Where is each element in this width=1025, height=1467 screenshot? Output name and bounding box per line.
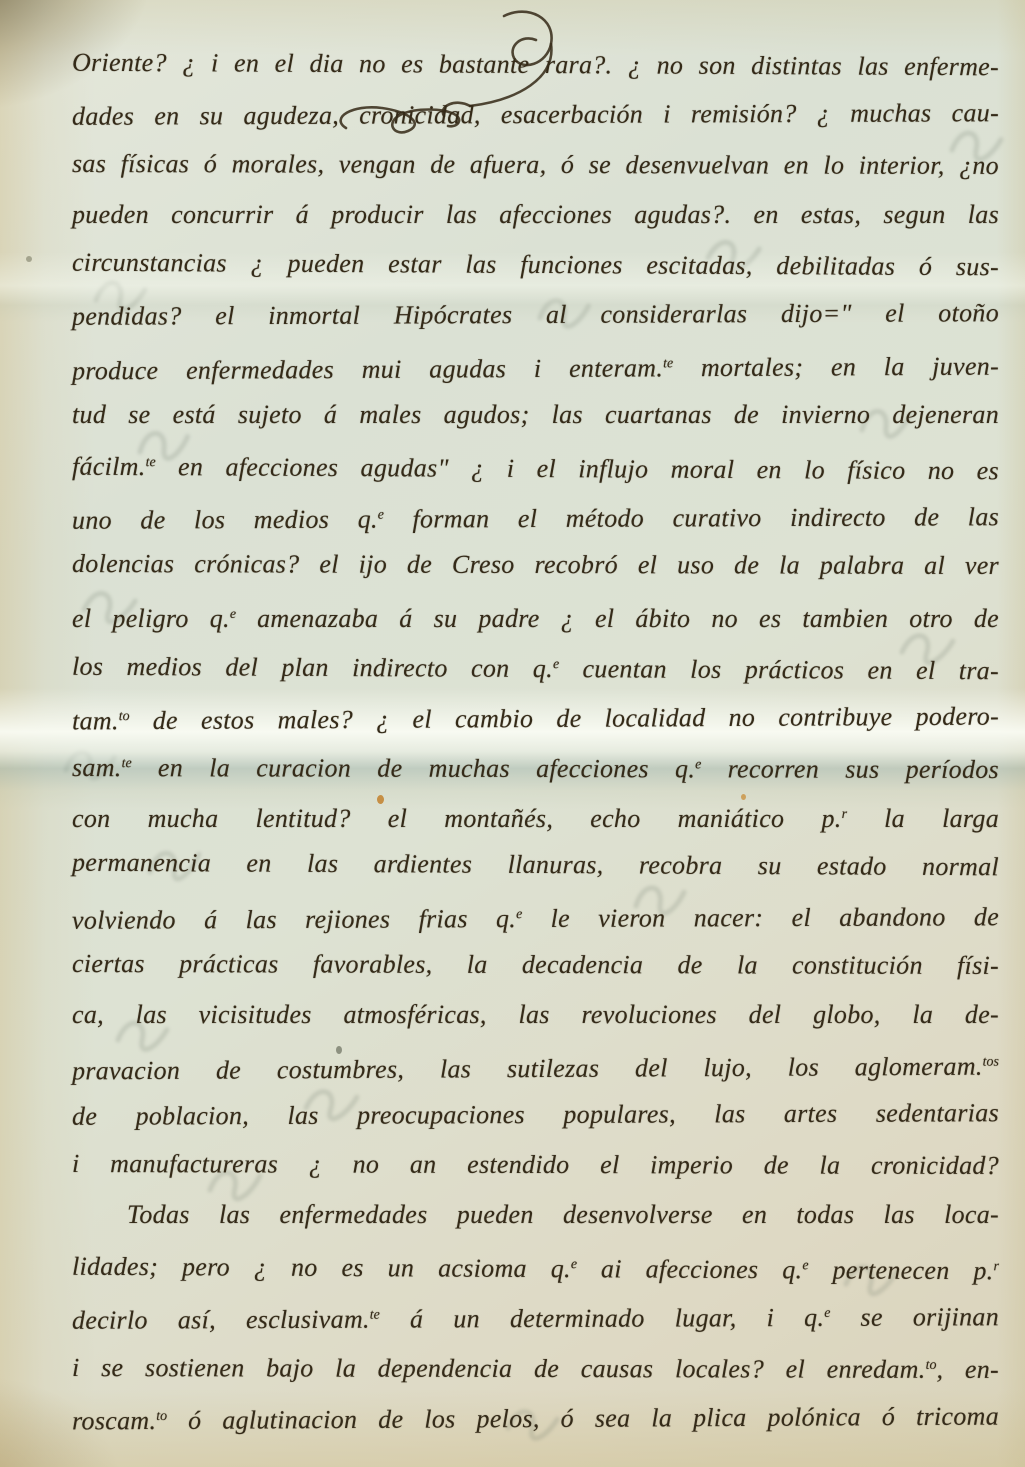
manuscript-line: los medios del plan indirecto con q.e cu… [72,638,999,693]
manuscript-line: Oriente? ¿ i en el dia no es bastante ra… [72,38,999,93]
manuscript-line: con mucha lentitud? el montañés, echo ma… [72,790,999,840]
manuscript-line: i manufactureras ¿ no an estendido el im… [72,1139,999,1191]
manuscript-line: pueden concurrir á producir las afeccion… [72,190,999,240]
manuscript-line: roscam.to ó aglutinacion de los pelos, ó… [72,1388,999,1443]
manuscript-text-block: Oriente? ¿ i en el dia no es bastante ra… [72,40,999,1440]
manuscript-line: produce enfermedades mui agudas i entera… [72,338,999,393]
manuscript-line: de poblacion, las preocupaciones popular… [72,1088,999,1142]
manuscript-line: permanencia en las ardientes llanuras, r… [72,838,999,893]
manuscript-line-paragraph-start: Todas las enfermedades pueden desenvolve… [72,1190,999,1240]
manuscript-line: decirlo así, esclusivam.te á un determin… [72,1288,999,1342]
manuscript-line: fácilm.te en afecciones agudas" ¿ i el i… [72,438,999,493]
manuscript-line: sas físicas ó morales, vengan de afuera,… [72,139,999,191]
manuscript-line: pravacion de costumbres, las sutilezas d… [72,1038,999,1093]
manuscript-line: ca, las vicisitudes atmosféricas, las re… [72,990,999,1040]
manuscript-line: el peligro q.e amenazaba á su padre ¿ el… [72,590,999,640]
manuscript-line: sam.te en la curacion de muchas afeccion… [72,739,999,791]
manuscript-line: dades en su agudeza, cronicidad, esacerb… [72,88,999,142]
manuscript-line: volviendo á las rejiones frias q.e le vi… [72,888,999,942]
manuscript-line: lidades; pero ¿ no es un acsioma q.e ai … [72,1238,999,1293]
foxing-speck [26,256,32,262]
manuscript-line: i se sostienen bajo la dependencia de ca… [72,1339,999,1391]
manuscript-line: circunstancias ¿ pueden estar las funcio… [72,238,999,293]
manuscript-page: Oriente? ¿ i en el dia no es bastante ra… [0,0,1025,1467]
manuscript-line: pendidas? el inmortal Hipócrates al cons… [72,288,999,342]
manuscript-line: tam.to de estos males? ¿ el cambio de lo… [72,688,999,743]
manuscript-line: tud se está sujeto á males agudos; las c… [72,390,999,440]
manuscript-line: ciertas prácticas favorables, la decaden… [72,939,999,991]
manuscript-line: uno de los medios q.e forman el método c… [72,488,999,542]
manuscript-line: dolencias crónicas? el ijo de Creso reco… [72,539,999,591]
